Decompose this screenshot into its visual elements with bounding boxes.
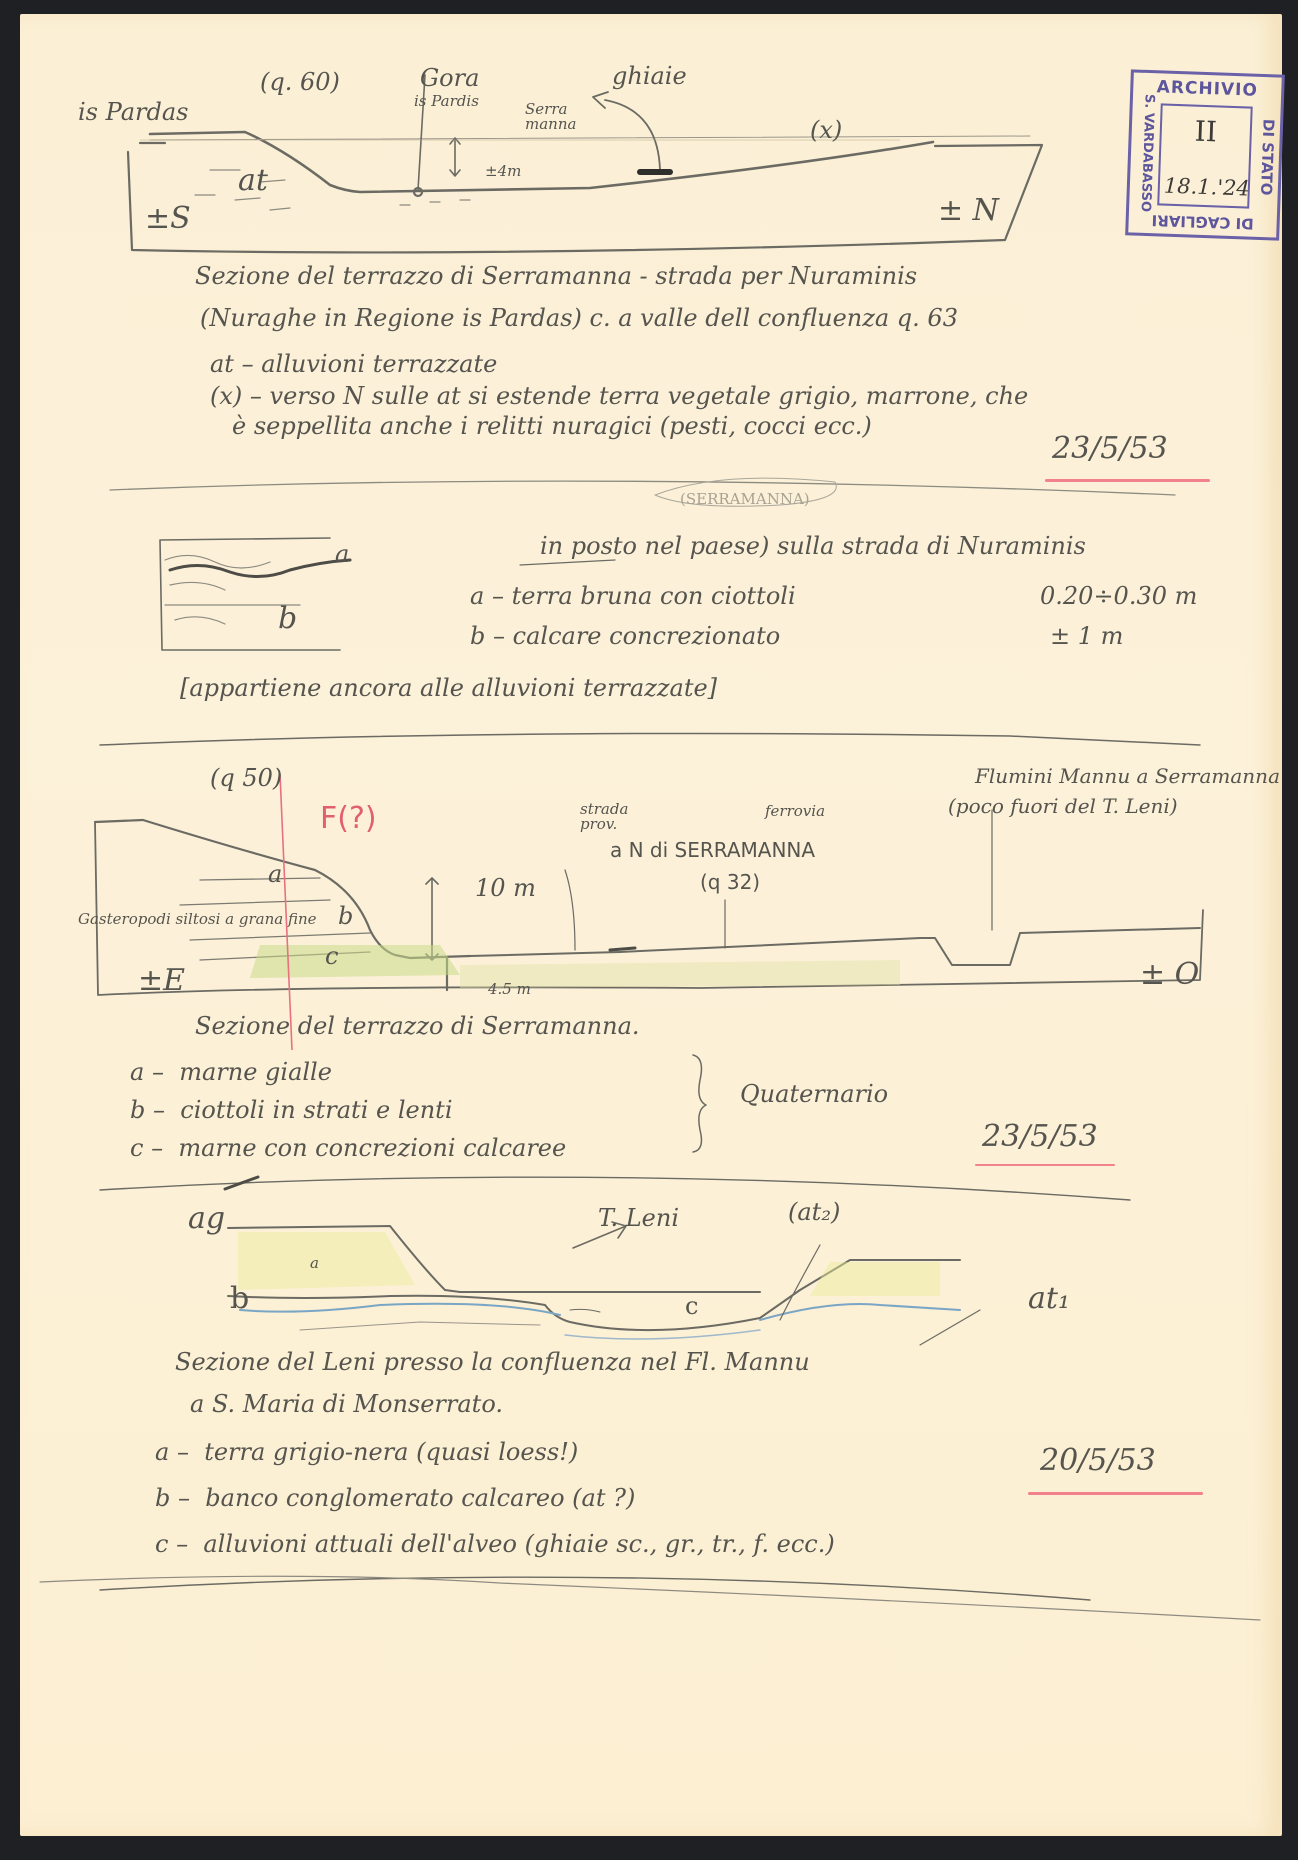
ghiaie-label: ghiaie [612,64,687,88]
section4-caption-2: a S. Maria di Monserrato. [190,1392,503,1416]
west-direction: ± O [1140,960,1199,990]
town-label: a N di SERRAMANNA [610,840,815,860]
elevation-label: (q. 60) [260,70,340,94]
legend-text: ciottoli in strati e lenti [180,1096,452,1124]
stamp-di-stato: DI STATO [1257,119,1278,196]
c-label: c [685,1294,698,1318]
legend-text: terra grigio-nera (quasi loess!) [204,1438,578,1466]
legend-row: a – terra grigio-nera (quasi loess!) [155,1440,835,1486]
a-label: a [310,1256,319,1271]
section1-legend: at – alluvioni terrazzate (x) – verso N … [210,352,1028,438]
legend-text: è seppellita anche i relitti nuragici (p… [232,412,872,440]
layer-a-label: a [335,542,349,566]
legend-text: terra bruna con ciottoli [512,582,796,610]
railway-label: ferrovia [765,804,825,819]
section2-legend: a – terra bruna con ciottoli 0.20÷0.30 m… [470,584,1230,664]
serramanna-label: Serra manna [525,102,605,132]
ag-label: ag [188,1204,225,1234]
place-label: is Pardas [78,100,188,124]
legend-text: marne con concrezioni calcaree [178,1134,566,1162]
height-bottom-label: 4.5 m [488,982,531,997]
river-label: T. Leni [598,1206,679,1230]
archive-stamp: ARCHIVIO DI STATO DI CAGLIARI S. VARDABA… [1125,69,1285,240]
legend-key: b [155,1484,170,1512]
date-underline [1028,1492,1203,1495]
marker-label: Gora [420,66,479,90]
stamp-number: II [1161,113,1250,149]
legend-key: at [210,350,234,378]
legend-key: c [155,1530,168,1558]
legend-key: b [130,1096,145,1124]
river-note: (poco fuori del T. Leni) [948,796,1178,816]
legend-key: a [155,1438,169,1466]
legend-row: c – marne con concrezioni calcaree [130,1136,566,1174]
stamp-inner-box: II 18.1.'24 [1157,103,1253,208]
section1-caption-1: Sezione del terrazzo di Serramanna - str… [195,264,917,288]
stamp-di-cagliari: DI CAGLIARI [1128,210,1277,233]
legend-value: 0.20÷0.30 m [1040,584,1197,608]
road-label: strada prov. [580,802,640,832]
legend-row: a – marne gialle [130,1060,566,1098]
section4-date: 20/5/53 [1040,1446,1156,1476]
legend-key: c [130,1134,143,1162]
at1-label: at₁ [1028,1284,1070,1314]
section4-legend: a – terra grigio-nera (quasi loess!) b –… [155,1440,835,1578]
section4-caption-1: Sezione del Leni presso la confluenza ne… [175,1350,810,1374]
layer-a-label: a [268,862,282,886]
layer-b-label: b [338,904,353,928]
legend-text: verso N sulle at si estende terra vegeta… [270,382,1029,410]
at2-label: (at₂) [788,1200,840,1224]
at-label: at [238,166,268,196]
section3-date: 23/5/53 [982,1122,1098,1152]
legend-text: alluvioni terrazzate [261,350,497,378]
legend-row: (x) – verso N sulle at si estende terra … [210,384,1028,408]
layer-b-label: b [278,604,297,634]
legend-row: a – terra bruna con ciottoli 0.20÷0.30 m [470,584,1230,624]
side-note: Gasteropodi siltosi a grana fine [78,912,316,927]
date-underline [975,1164,1115,1166]
b-label: b [230,1284,249,1314]
legend-text: banco conglomerato calcareo (at ?) [205,1484,635,1512]
legend-text: alluvioni attuali dell'alveo (ghiaie sc.… [203,1530,834,1558]
north-direction: ± N [938,196,999,226]
legend-row: c – alluvioni attuali dell'alveo (ghiaie… [155,1532,835,1578]
legend-row: è seppellita anche i relitti nuragici (p… [232,414,1028,438]
section2-note: [appartiene ancora alle alluvioni terraz… [180,676,717,700]
legend-row: b – ciottoli in strati e lenti [130,1098,566,1136]
legend-key: (x) [210,382,242,410]
legend-text: marne gialle [179,1058,332,1086]
stamp-vardabasso: S. VARDABASSO [1138,94,1157,213]
brace-label: Quaternario [740,1082,888,1106]
section2-title: in posto nel paese) sulla strada di Nura… [540,534,1086,558]
legend-row: at – alluvioni terrazzate [210,352,1028,376]
legend-key: a [130,1058,144,1086]
east-direction: ±E [138,966,185,996]
legend-key: a [470,582,484,610]
x-mark: (x) [810,118,842,142]
section3-legend: a – marne gialle b – ciottoli in strati … [130,1060,566,1174]
stamp-date: 18.1.'24 [1163,174,1250,201]
legend-row: b – banco conglomerato calcareo (at ?) [155,1486,835,1532]
legend-text: calcare concrezionato [513,622,781,650]
section1-date: 23/5/53 [1052,434,1168,464]
river-label: Flumini Mannu a Serramanna [975,766,1280,786]
town-elevation: (q 32) [700,872,760,892]
elevation-q50: (q 50) [210,766,282,790]
legend-row: b – calcare concrezionato ± 1 m [470,624,1230,664]
height-top-label: 10 m [475,876,536,900]
fault-label: F(?) [320,804,377,834]
legend-key: b [470,622,485,650]
layer-c-label: c [325,944,338,968]
serramanna-pencil-heading: (SERRAMANNA) [680,492,810,507]
date-underline [1045,479,1210,482]
section3-caption: Sezione del terrazzo di Serramanna. [195,1014,640,1038]
marker-sub-label: is Pardis [414,94,479,109]
notebook-page: ARCHIVIO DI STATO DI CAGLIARI S. VARDABA… [20,14,1282,1836]
height-label: ±4m [485,164,521,179]
legend-value: ± 1 m [1050,624,1123,648]
section1-caption-2: (Nuraghe in Regione is Pardas) c. a vall… [200,306,958,330]
south-direction: ±S [145,204,191,234]
